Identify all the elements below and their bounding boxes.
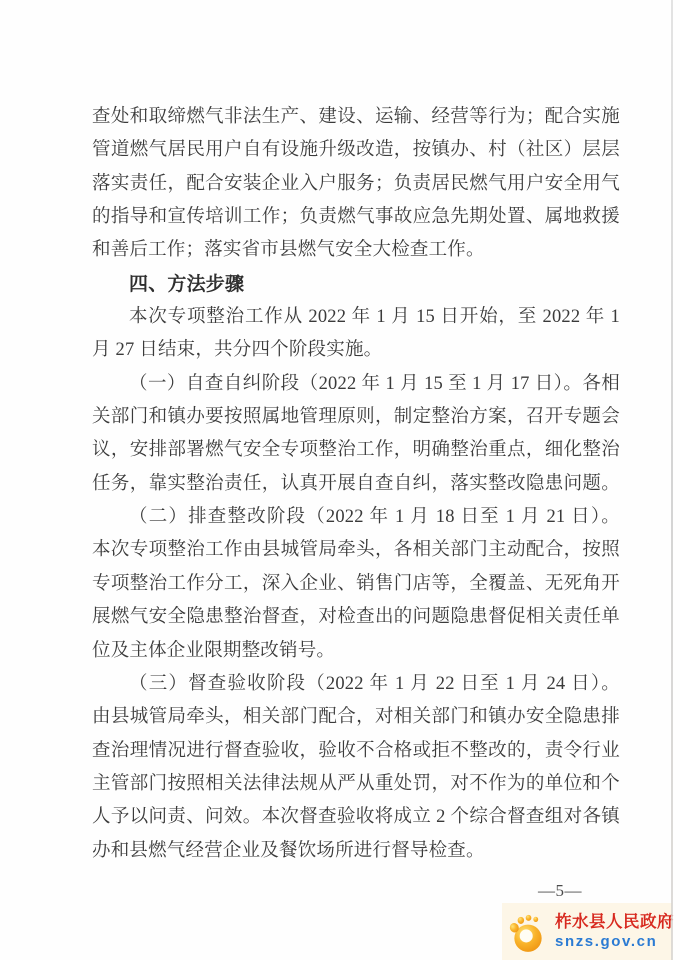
text-line: 专项整治工作分工，深入企业、销售门店等，全覆盖、无死角开 bbox=[92, 568, 620, 601]
text-line: （二）排查整改阶段（2022 年 1 月 18 日至 1 月 21 日）。 bbox=[92, 501, 620, 534]
text-line: 任务，靠实整治责任，认真开展自查自纠，落实整改隐患问题。 bbox=[92, 468, 620, 501]
gov-logo-text: 柞水县人民政府 snzs.gov.cn bbox=[555, 912, 674, 951]
text-line: 月 27 日结束，共分四个阶段实施。 bbox=[92, 334, 620, 367]
text-line: 本次专项整治工作由县城管局牵头，各相关部门主动配合，按照 bbox=[92, 534, 620, 567]
paw-print-icon bbox=[507, 911, 549, 955]
text-line: 办和县燃气经营企业及餐饮场所进行督导检查。 bbox=[92, 835, 620, 868]
section-heading: 四、方法步骤 bbox=[92, 268, 620, 301]
text-line: 的指导和宣传培训工作；负责燃气事故应急先期处置、属地救援 bbox=[92, 201, 620, 234]
text-line: 人予以问责、问效。本次督查验收将成立 2 个综合督查组对各镇 bbox=[92, 801, 620, 834]
text-line: 本次专项整治工作从 2022 年 1 月 15 日开始，至 2022 年 1 bbox=[92, 301, 620, 334]
text-line: 查处和取缔燃气非法生产、建设、运输、经营等行为；配合实施 bbox=[92, 101, 620, 134]
document-page: 查处和取缔燃气非法生产、建设、运输、经营等行为；配合实施 管道燃气居民用户自有设… bbox=[0, 0, 680, 960]
text-line: 关部门和镇办要按照属地管理原则，制定整治方案，召开专题会 bbox=[92, 401, 620, 434]
text-line: 位及主体企业限期整改销号。 bbox=[92, 635, 620, 668]
text-line: 和善后工作；落实省市县燃气安全大检查工作。 bbox=[92, 234, 620, 267]
text-line: 查治理情况进行督查验收，验收不合格或拒不整改的，责令行业 bbox=[92, 735, 620, 768]
text-line: 落实责任，配合安装企业入户服务；负责居民燃气用户安全用气 bbox=[92, 168, 620, 201]
document-body: 查处和取缔燃气非法生产、建设、运输、经营等行为；配合实施 管道燃气居民用户自有设… bbox=[92, 101, 620, 868]
text-line: 管道燃气居民用户自有设施升级改造，按镇办、村（社区）层层 bbox=[92, 134, 620, 167]
page-number: —5— bbox=[498, 881, 622, 901]
gov-org-name: 柞水县人民政府 bbox=[555, 912, 674, 932]
text-line: 议，安排部署燃气安全专项整治工作，明确整治重点，细化整治 bbox=[92, 434, 620, 467]
text-line: 主管部门按照相关法律法规从严从重处罚，对不作为的单位和个 bbox=[92, 768, 620, 801]
text-line: （三）督查验收阶段（2022 年 1 月 22 日至 1 月 24 日）。 bbox=[92, 668, 620, 701]
scan-page-edge bbox=[671, 0, 673, 960]
gov-footer-logo: 柞水县人民政府 snzs.gov.cn bbox=[502, 903, 672, 960]
text-line: （一）自查自纠阶段（2022 年 1 月 15 至 1 月 17 日）。各相 bbox=[92, 368, 620, 401]
text-line: 展燃气安全隐患整治督查，对检查出的问题隐患督促相关责任单 bbox=[92, 601, 620, 634]
gov-website-url: snzs.gov.cn bbox=[555, 932, 674, 951]
text-line: 由县城管局牵头，相关部门配合，对相关部门和镇办安全隐患排 bbox=[92, 701, 620, 734]
